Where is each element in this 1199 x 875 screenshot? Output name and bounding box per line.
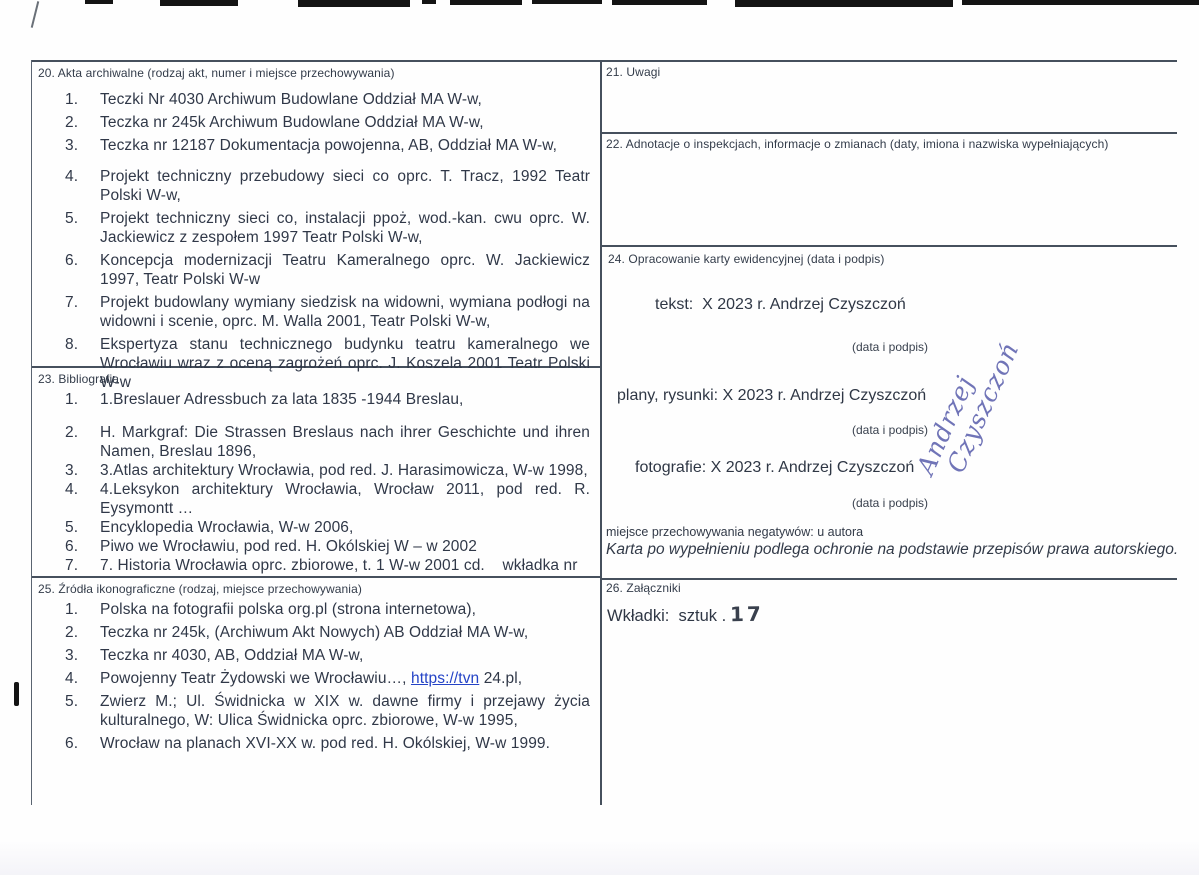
section-25-iconographic-sources: 25. Źródła ikonograficzne (rodzaj, miejs… xyxy=(33,579,600,757)
inserts-label: Wkładki: sztuk . xyxy=(607,607,726,625)
section-25-heading: 25. Źródła ikonograficzne (rodzaj, miejs… xyxy=(38,582,600,596)
list-item: Teczka nr 245k, (Archiwum Akt Nowych) AB… xyxy=(100,623,590,642)
list-item: 7. Historia Wrocławia oprc. zbiorowe, t.… xyxy=(100,556,590,575)
section-26-heading: 26. Załączniki xyxy=(606,581,1166,595)
list-item: Powojenny Teatr Żydowski we Wrocławiu…, … xyxy=(100,669,590,688)
scan-artifact xyxy=(14,682,19,706)
section-20-list: Teczki Nr 4030 Archiwum Budowlane Oddzia… xyxy=(33,90,600,392)
list-item: Teczka nr 245k Archiwum Budowlane Oddzia… xyxy=(100,113,590,132)
section-24-heading: 24. Opracowanie karty ewidencyjnej (data… xyxy=(608,252,884,266)
list-item: Polska na fotografii polska org.pl (stro… xyxy=(100,600,590,619)
date-signature-caption: (data i podpis) xyxy=(852,423,928,437)
section-22-heading: 22. Adnotacje o inspekcjach, informacje … xyxy=(606,137,1166,151)
section-25-list: Polska na fotografii polska org.pl (stro… xyxy=(33,600,600,753)
inserts-line: Wkładki: sztuk .17 xyxy=(607,602,1166,626)
divider-above-section-26 xyxy=(600,578,1177,580)
scan-artifact xyxy=(298,0,410,7)
negatives-storage-note: miejsce przechowywania negatywów: u auto… xyxy=(606,525,863,539)
list-item: 1.Breslauer Adressbuch za lata 1835 -194… xyxy=(100,390,590,409)
section-23-heading: 23. Bibliografia xyxy=(38,372,600,386)
scan-artifact xyxy=(31,1,39,28)
scan-artifact xyxy=(160,0,238,6)
date-signature-caption: (data i podpis) xyxy=(852,340,928,354)
form-border-left xyxy=(31,60,32,805)
list-item: Projekt techniczny przebudowy sieci co o… xyxy=(100,167,590,205)
scan-artifact xyxy=(532,0,602,4)
section-22-inspection-notes: 22. Adnotacje o inspekcjach, informacje … xyxy=(606,137,1166,151)
inserts-count-handwritten: 17 xyxy=(730,602,764,627)
photos-author-line: fotografie: X 2023 r. Andrzej Czyszczoń xyxy=(635,459,914,477)
scan-artifact xyxy=(422,0,436,4)
section-24-card-preparation: 24. Opracowanie karty ewidencyjnej (data… xyxy=(600,247,1177,578)
section-21-remarks: 21. Uwagi xyxy=(606,65,1166,79)
list-item: Projekt budowlany wymiany siedzisk na wi… xyxy=(100,293,590,331)
scan-artifact xyxy=(85,0,113,4)
section-26-attachments: 26. Załączniki Wkładki: sztuk .17 xyxy=(606,581,1166,626)
scan-artifact xyxy=(962,0,1199,5)
list-item-text: 24.pl, xyxy=(479,670,522,687)
list-item: Koncepcja modernizacji Teatru Kameralneg… xyxy=(100,251,590,289)
list-item-text: Powojenny Teatr Żydowski we Wrocławiu…, xyxy=(100,670,411,687)
paper-edge-shading xyxy=(0,840,1199,875)
list-item: H. Markgraf: Die Strassen Breslaus nach … xyxy=(100,423,590,461)
list-item: Projekt techniczny sieci co, instalacji … xyxy=(100,209,590,247)
scan-artifact xyxy=(612,0,707,5)
list-item: 4.Leksykon architektury Wrocławia, Wrocł… xyxy=(100,480,590,518)
plans-author-line: plany, rysunki: X 2023 r. Andrzej Czyszc… xyxy=(617,387,926,405)
form-border-top xyxy=(31,60,1177,62)
date-signature-caption: (data i podpis) xyxy=(852,496,928,510)
section-20-heading: 20. Akta archiwalne (rodzaj akt, numer i… xyxy=(38,66,600,80)
handwritten-signature: Andrzej Czyszczoń xyxy=(912,331,1022,490)
section-23-bibliography: 23. Bibliografia 1.Breslauer Adressbuch … xyxy=(33,369,600,575)
section-20-archival-records: 20. Akta archiwalne (rodzaj akt, numer i… xyxy=(33,63,600,396)
section-23-list: 1.Breslauer Adressbuch za lata 1835 -194… xyxy=(33,390,600,575)
divider-above-section-25 xyxy=(31,576,600,578)
list-item: Teczki Nr 4030 Archiwum Budowlane Oddzia… xyxy=(100,90,590,109)
section-21-heading: 21. Uwagi xyxy=(606,65,1166,79)
copyright-note: Karta po wypełnieniu podlega ochronie na… xyxy=(606,541,1178,559)
list-item: Encyklopedia Wrocławia, W-w 2006, xyxy=(100,518,590,537)
text-author-line: tekst: X 2023 r. Andrzej Czyszczoń xyxy=(655,296,906,314)
list-item: Wrocław na planach XVI-XX w. pod red. H.… xyxy=(100,734,590,753)
tvn-link[interactable]: https://tvn xyxy=(411,670,479,687)
list-item: Teczka nr 4030, AB, Oddział MA W-w, xyxy=(100,646,590,665)
divider-above-section-22 xyxy=(600,132,1177,134)
list-item: 3.Atlas architektury Wrocławia, pod red.… xyxy=(100,461,590,480)
list-item: Zwierz M.; Ul. Świdnicka w XIX w. dawne … xyxy=(100,692,590,730)
list-item: Teczka nr 12187 Dokumentacja powojenna, … xyxy=(100,136,590,155)
scan-artifact xyxy=(735,0,953,7)
scanned-record-card-page: 20. Akta archiwalne (rodzaj akt, numer i… xyxy=(0,0,1199,875)
scan-artifact xyxy=(450,0,522,5)
list-item: Piwo we Wrocławiu, pod red. H. Okólskiej… xyxy=(100,537,590,556)
